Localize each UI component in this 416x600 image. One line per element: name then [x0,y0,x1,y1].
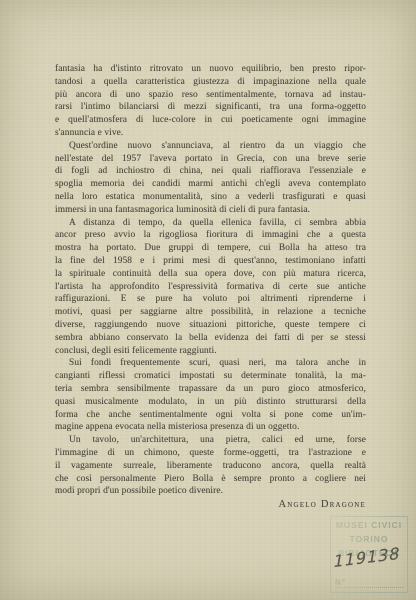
stamp-line-torino: TORINO [331,534,407,544]
text-line: Un tavolo, un'architettura, una pietra, … [55,434,366,447]
text-line: teria sembra sensibilmente trapassare da… [55,383,366,396]
scanned-book-page: fantasia ha d'istinto ritrovato un nuovo… [0,0,416,600]
text-line: più ancora di uno spazio reso sentimenta… [55,89,366,102]
text-block: fantasia ha d'istinto ritrovato un nuovo… [55,63,366,498]
text-line: conclusi, degli esiti felicemente raggiu… [55,345,366,358]
text-line: e quell'atmosfera di luce-colore in cui … [55,114,366,127]
text-line: rarsi l'intimo bilanciarsi di mezzi sign… [55,101,366,114]
text-line: Quest'ordine nuovo s'annunciava, al rien… [55,140,366,153]
text-line: immersi in una fantasmagorica luminosità… [55,204,366,217]
text-line: fantasia ha d'istinto ritrovato un nuovo… [55,63,366,76]
text-line: motivi, quasi per saggiarne altre possib… [55,306,366,319]
text-line: che così personalmente Piero Bolla è sem… [55,473,366,486]
text-line: cangianti riflessi cromatici impostati s… [55,370,366,383]
text-line: diverse, raggiungendo nuove situazioni p… [55,319,366,332]
text-line: sembra abbiano conservato la bella evide… [55,332,366,345]
text-line: di fogli ad inchiostro di china, nei qua… [55,165,366,178]
author-signature: Angelo Dragone [55,499,366,510]
text-line: l'artista ha approfondito l'espressività… [55,281,366,294]
text-line: il vagamente surreale, liberamente tradu… [55,460,366,473]
text-line: s'annuncia e vive. [55,127,366,140]
text-line: quasi musicalmente modulato, in un più d… [55,396,366,409]
text-line: nell'estate del 1957 l'aveva portato in … [55,153,366,166]
text-line: la fine del 1958 e i primi mesi di quest… [55,255,366,268]
text-line: nella loro estatica monumentalità, sino … [55,191,366,204]
text-line: A distanza di tempo, da quella ellenica … [55,217,366,230]
text-line: la spirituale continuità della sua opera… [55,268,366,281]
stamp-number-row: N° [335,578,403,588]
text-line: Sui fondi frequentemente scuri, quasi ne… [55,357,366,370]
text-line: spoglia memoria dei candidi marmi antich… [55,178,366,191]
text-line: raffigurazioni. E se pure ha voluto poi … [55,293,366,306]
text-line: l'immagine di un chimono, queste forme-o… [55,447,366,460]
text-line: forma che anche sentimentalmente ogni vo… [55,409,366,422]
text-line: magine appena evocata nella misteriosa p… [55,421,366,434]
text-line: ancor preso avvio la rigogliosa fioritur… [55,229,366,242]
text-line: modi propri d'un possibile poetico diven… [55,485,366,498]
stamp-line-musei-civici: MUSEI CIVICI [331,520,407,530]
text-line: mostra ha portato. Due gruppi di tempere… [55,242,366,255]
text-line: tandosi a quella caratteristica giustezz… [55,76,366,89]
